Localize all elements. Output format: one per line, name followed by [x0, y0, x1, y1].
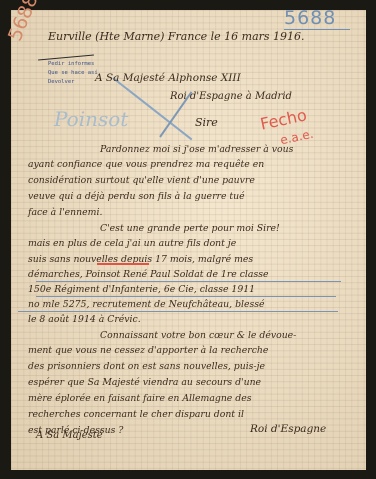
- body-line: des prisonniers dont on est sans nouvell…: [28, 361, 265, 372]
- body-line: le 8 août 1914 à Crévic.: [28, 314, 141, 325]
- stamp-line-3: Devolver: [48, 78, 98, 87]
- body-line: espérer que Sa Majesté viendra au secour…: [28, 377, 261, 388]
- place-and-date: Eurville (Hte Marne) France le 16 mars 1…: [48, 30, 305, 43]
- blue-underline: [36, 281, 341, 282]
- body-line: ayant confiance que vous prendrez ma req…: [28, 159, 264, 170]
- body-line: ment que vous ne cessez d'apporter à la …: [28, 345, 268, 356]
- stamp-line-2: Que se hace así: [48, 69, 98, 78]
- body-line: Connaissant votre bon cœur & le dévoue-: [100, 330, 296, 341]
- red-underline: [97, 263, 149, 265]
- body-line: no mle 5275, recrutement de Neufchâteau,…: [28, 299, 265, 310]
- body-line: C'est une grande perte pour moi Sire!: [100, 223, 280, 234]
- body-line: veuve qui a déjà perdu son fils à la gue…: [28, 191, 245, 202]
- closing-address: A Sa Majesté: [36, 430, 103, 441]
- addressee-line-2: Roi d'Espagne à Madrid: [170, 91, 292, 102]
- body-line: mais en plus de cela j'ai un autre fils …: [28, 238, 236, 249]
- poinsot-name-stamp: Poinsot: [54, 107, 128, 131]
- blue-underline: [18, 311, 338, 312]
- salutation: Sire: [195, 116, 218, 129]
- body-line: Pardonnez moi si j'ose m'adresser à vous: [100, 144, 293, 155]
- addressee-line-1: A Sa Majesté Alphonse XIII: [95, 72, 241, 84]
- body-line: recherches concernant le cher disparu do…: [28, 409, 244, 420]
- body-line: face à l'ennemi.: [28, 207, 102, 218]
- archive-reference-number: 5688: [284, 7, 350, 30]
- closing-signature: Roi d'Espagne: [250, 423, 326, 435]
- blue-underline: [36, 296, 336, 297]
- body-line: 150e Régiment d'Infanterie, 6e Cie, clas…: [28, 284, 255, 295]
- office-stamp: Pedir informes Que se hace así Devolver: [48, 60, 98, 87]
- body-line: considération surtout qu'elle vient d'un…: [28, 175, 255, 186]
- body-line: mère éplorée en faisant faire en Allemag…: [28, 393, 251, 404]
- body-line: démarches, Poinsot René Paul Soldat de 1…: [28, 269, 269, 280]
- stamp-line-1: Pedir informes: [48, 60, 98, 69]
